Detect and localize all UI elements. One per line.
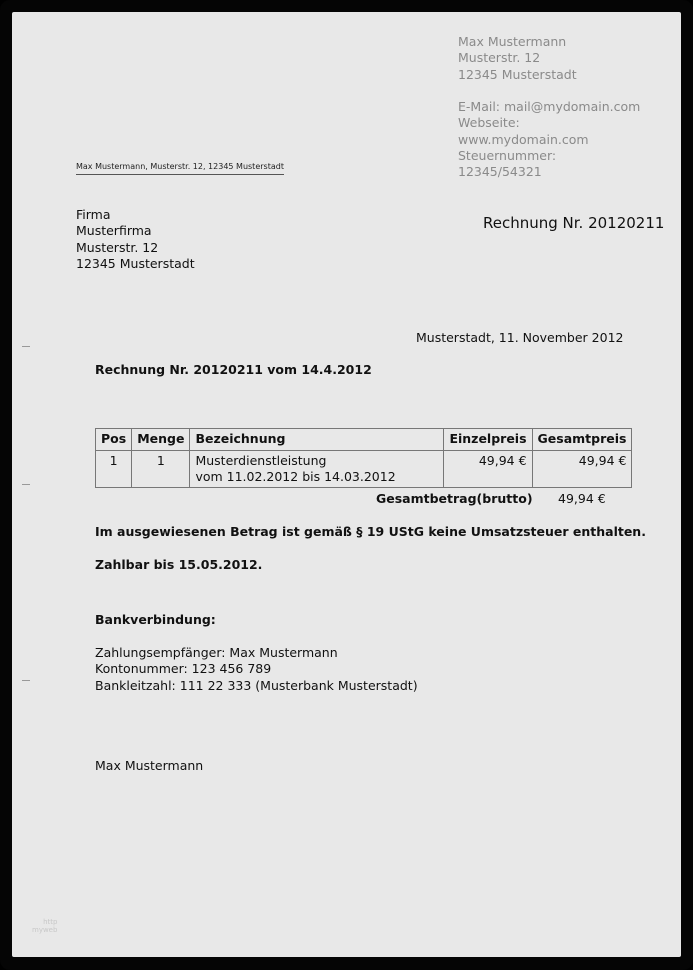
cell-bezeichnung: Musterdienstleistung vom 11.02.2012 bis … <box>190 451 444 488</box>
watermark-line: http <box>32 918 57 926</box>
invoice-title: Rechnung Nr. 20120211 <box>483 214 664 232</box>
recipient-line: 12345 Musterstadt <box>76 256 195 272</box>
recipient-line: Firma <box>76 207 195 223</box>
due-note: Zahlbar bis 15.05.2012. <box>95 557 262 572</box>
sender-street: Musterstr. 12 <box>458 50 640 66</box>
bank-heading: Bankverbindung: <box>95 612 216 627</box>
recipient-line: Musterfirma <box>76 223 195 239</box>
fold-mark <box>22 680 30 681</box>
cell-gesamtpreis: 49,94 € <box>532 451 632 488</box>
watermark-line: myweb <box>32 926 57 934</box>
sender-block: Max Mustermann Musterstr. 12 12345 Muste… <box>458 34 640 181</box>
fold-mark <box>22 346 30 347</box>
invoice-items-table: Pos Menge Bezeichnung Einzelpreis Gesamt… <box>95 428 632 488</box>
header-bezeichnung: Bezeichnung <box>190 429 444 451</box>
sender-email: E-Mail: mail@mydomain.com <box>458 99 640 115</box>
recipient-address: Firma Musterfirma Musterstr. 12 12345 Mu… <box>76 207 195 272</box>
punch-mark <box>22 484 30 485</box>
vat-note: Im ausgewiesenen Betrag ist gemäß § 19 U… <box>95 524 646 539</box>
date-line: Musterstadt, 11. November 2012 <box>416 330 623 345</box>
cell-einzelpreis: 49,94 € <box>444 451 532 488</box>
header-menge: Menge <box>132 429 190 451</box>
recipient-line: Musterstr. 12 <box>76 240 195 256</box>
item-description: Musterdienstleistung <box>195 453 438 469</box>
header-gesamtpreis: Gesamtpreis <box>532 429 632 451</box>
sender-website-label: Webseite: <box>458 115 640 131</box>
subject-line: Rechnung Nr. 20120211 vom 14.4.2012 <box>95 362 372 377</box>
sender-tax-number: 12345/54321 <box>458 164 640 180</box>
watermark: http myweb <box>32 918 57 934</box>
bank-recipient: Zahlungsempfänger: Max Mustermann <box>95 645 418 661</box>
cell-menge: 1 <box>132 451 190 488</box>
bank-details: Zahlungsempfänger: Max Mustermann Konton… <box>95 645 418 694</box>
invoice-page: Max Mustermann Musterstr. 12 12345 Muste… <box>12 12 681 957</box>
item-period: vom 11.02.2012 bis 14.03.2012 <box>195 469 438 485</box>
sender-name: Max Mustermann <box>458 34 640 50</box>
total-label: Gesamtbetrag(brutto) <box>376 491 533 506</box>
cell-pos: 1 <box>96 451 132 488</box>
signature: Max Mustermann <box>95 758 203 773</box>
sender-website: www.mydomain.com <box>458 132 640 148</box>
return-address: Max Mustermann, Musterstr. 12, 12345 Mus… <box>76 162 284 175</box>
bank-code: Bankleitzahl: 111 22 333 (Musterbank Mus… <box>95 678 418 694</box>
sender-tax-label: Steuernummer: <box>458 148 640 164</box>
header-pos: Pos <box>96 429 132 451</box>
table-row: 1 1 Musterdienstleistung vom 11.02.2012 … <box>96 451 632 488</box>
bank-account: Kontonummer: 123 456 789 <box>95 661 418 677</box>
table-header-row: Pos Menge Bezeichnung Einzelpreis Gesamt… <box>96 429 632 451</box>
total-value: 49,94 € <box>558 491 606 506</box>
sender-city: 12345 Musterstadt <box>458 67 640 83</box>
header-einzelpreis: Einzelpreis <box>444 429 532 451</box>
